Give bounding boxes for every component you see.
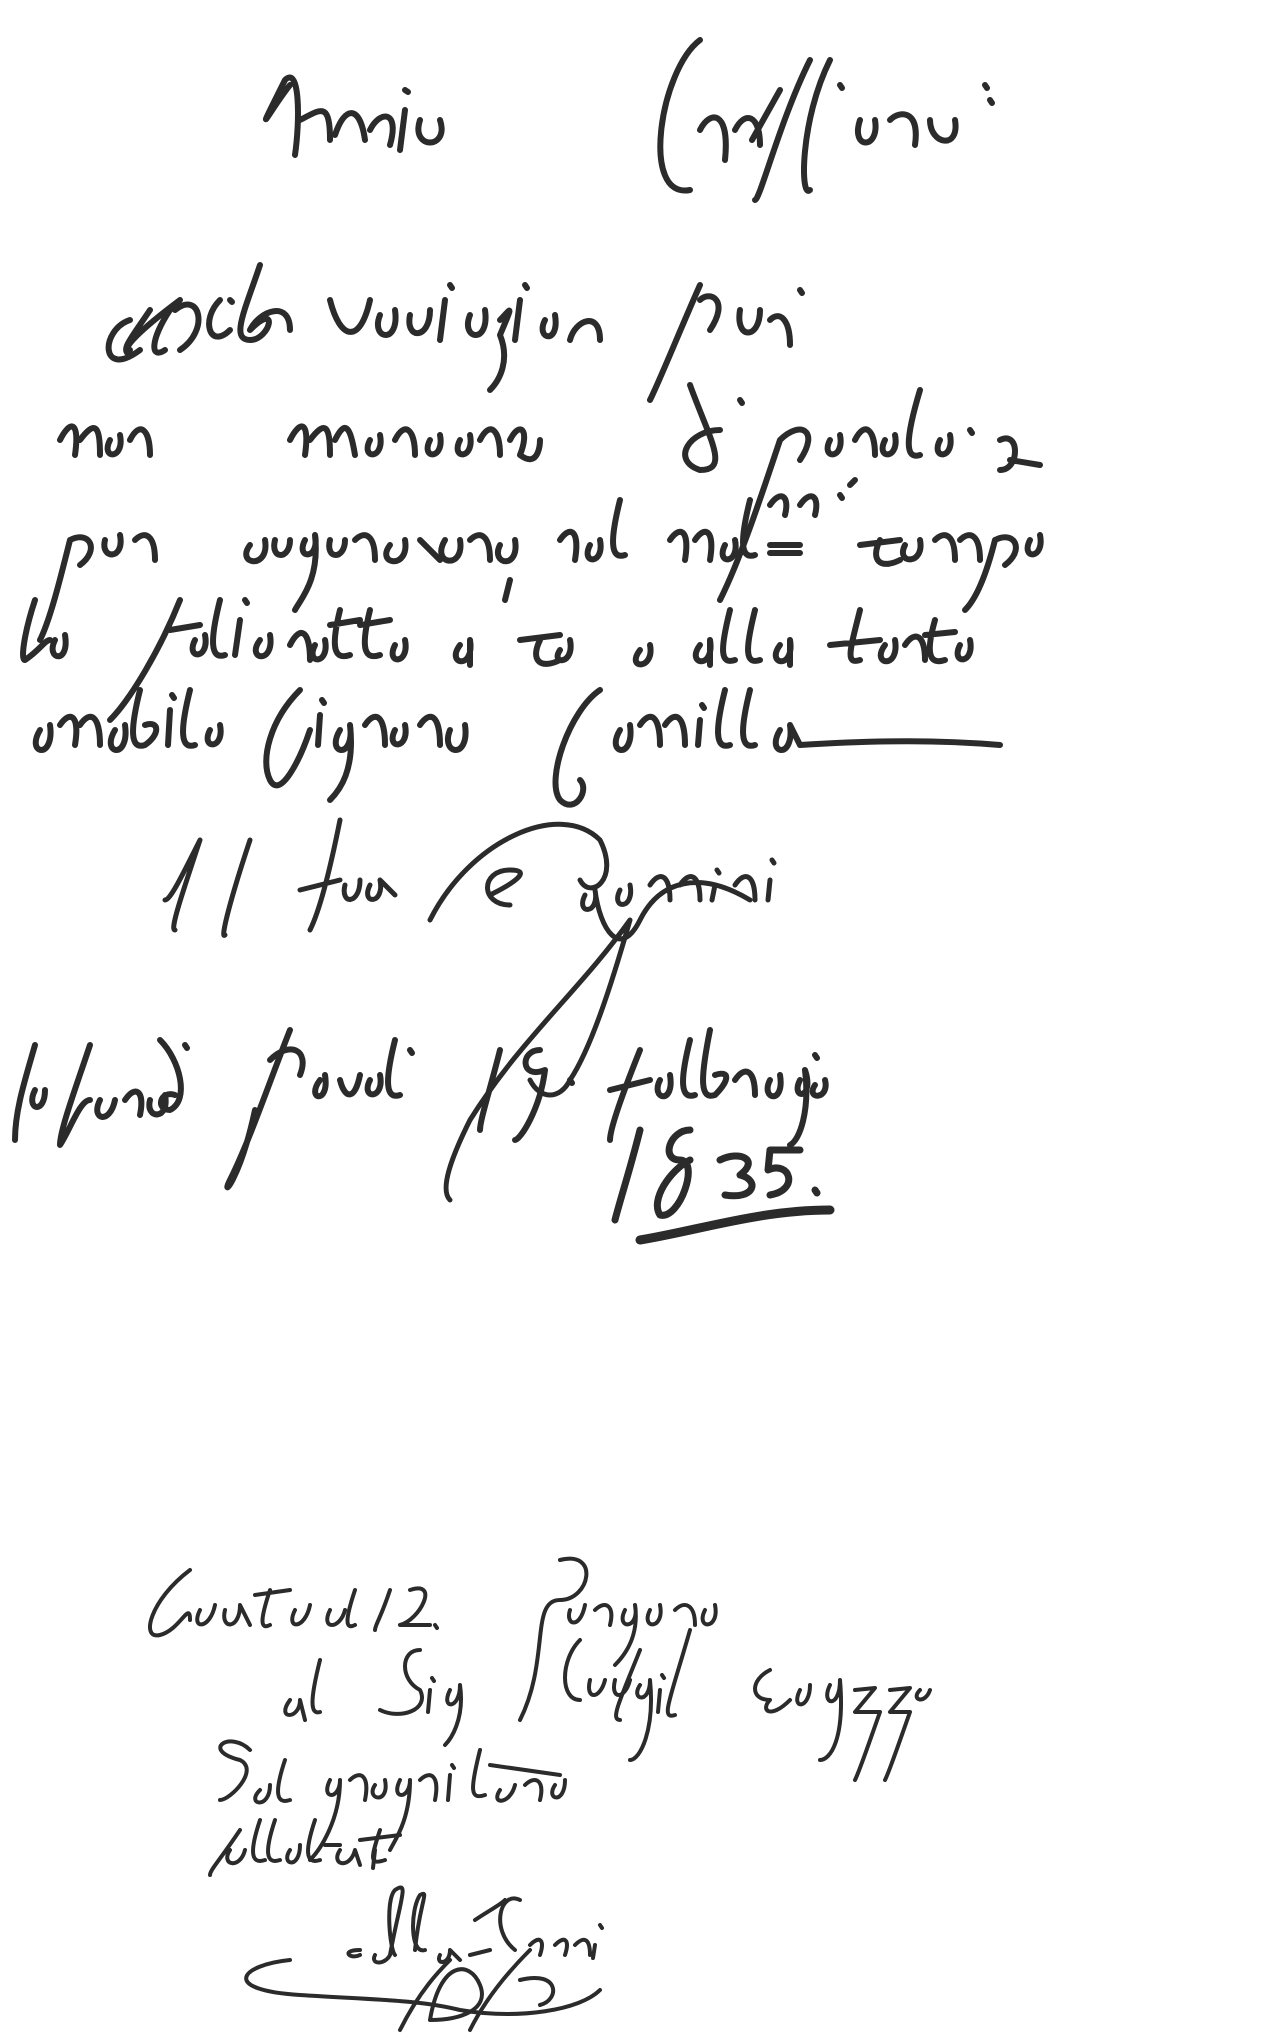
letter-transcription: Amico Carissimo: Eccoti le variazioni pe…: [0, 0, 1272, 2043]
letter-page: Amico Carissimo: Eccoti le variazioni pe…: [0, 0, 1272, 2043]
